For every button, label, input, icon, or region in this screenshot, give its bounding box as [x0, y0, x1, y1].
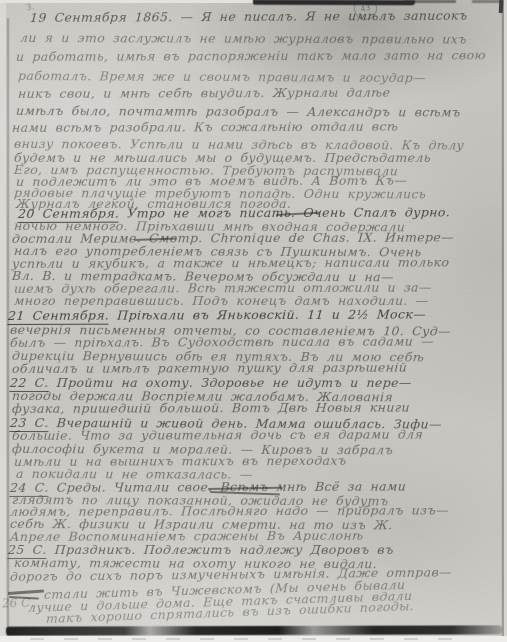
scan-left-edge: [0, 0, 6, 642]
scan-top-edge-shadow: [253, 0, 415, 5]
manuscript-line: и работать, имѣя въ распоряженіи такъ ма…: [16, 49, 487, 63]
manuscript-line: нами всѣмъ разобрали. Къ сожалѣнію отдал…: [12, 121, 399, 135]
pencil-mark: 3.: [26, 3, 36, 14]
manuscript-line: 19 Сентября 1865. — Я не писалъ. Я не им…: [30, 10, 468, 25]
scan-top-corner-mark: [499, 0, 504, 13]
manuscript-line: много переправившись. Подъ конецъ дамъ н…: [14, 295, 429, 308]
manuscript-line: обличалъ и имѣлъ ракетную пушку для разр…: [12, 362, 408, 376]
manuscript-line: работалъ. Время же и своимъ правиламъ и …: [18, 70, 427, 85]
scan-bottom-edge-shadow: [6, 625, 502, 635]
manuscript-line: ли я и это заслужилъ не имѣю журналовъ п…: [20, 32, 468, 46]
scan-top-edge-light: [0, 0, 253, 3]
manuscript-line: имѣлъ было, почтамтѣ разобралъ — Алексан…: [16, 105, 461, 119]
manuscript-scan: 19 Сентября 1865. — Я не писалъ. Я не им…: [0, 0, 507, 642]
scan-top-edge-shadow: [472, 0, 500, 3]
scan-top-edge-shadow: [404, 0, 456, 3]
scan-bottom-dashes: [30, 638, 470, 640]
manuscript-line: никъ свои, и мнѣ себѣ выудилъ. Журналы д…: [18, 87, 391, 101]
manuscript-line: 21 Сентября. Пріѣхали въ Яньковскій. 11 …: [8, 309, 427, 323]
manuscript-line: фузака, пришедшій большой. Вотъ Двѣ Новы…: [12, 402, 411, 416]
